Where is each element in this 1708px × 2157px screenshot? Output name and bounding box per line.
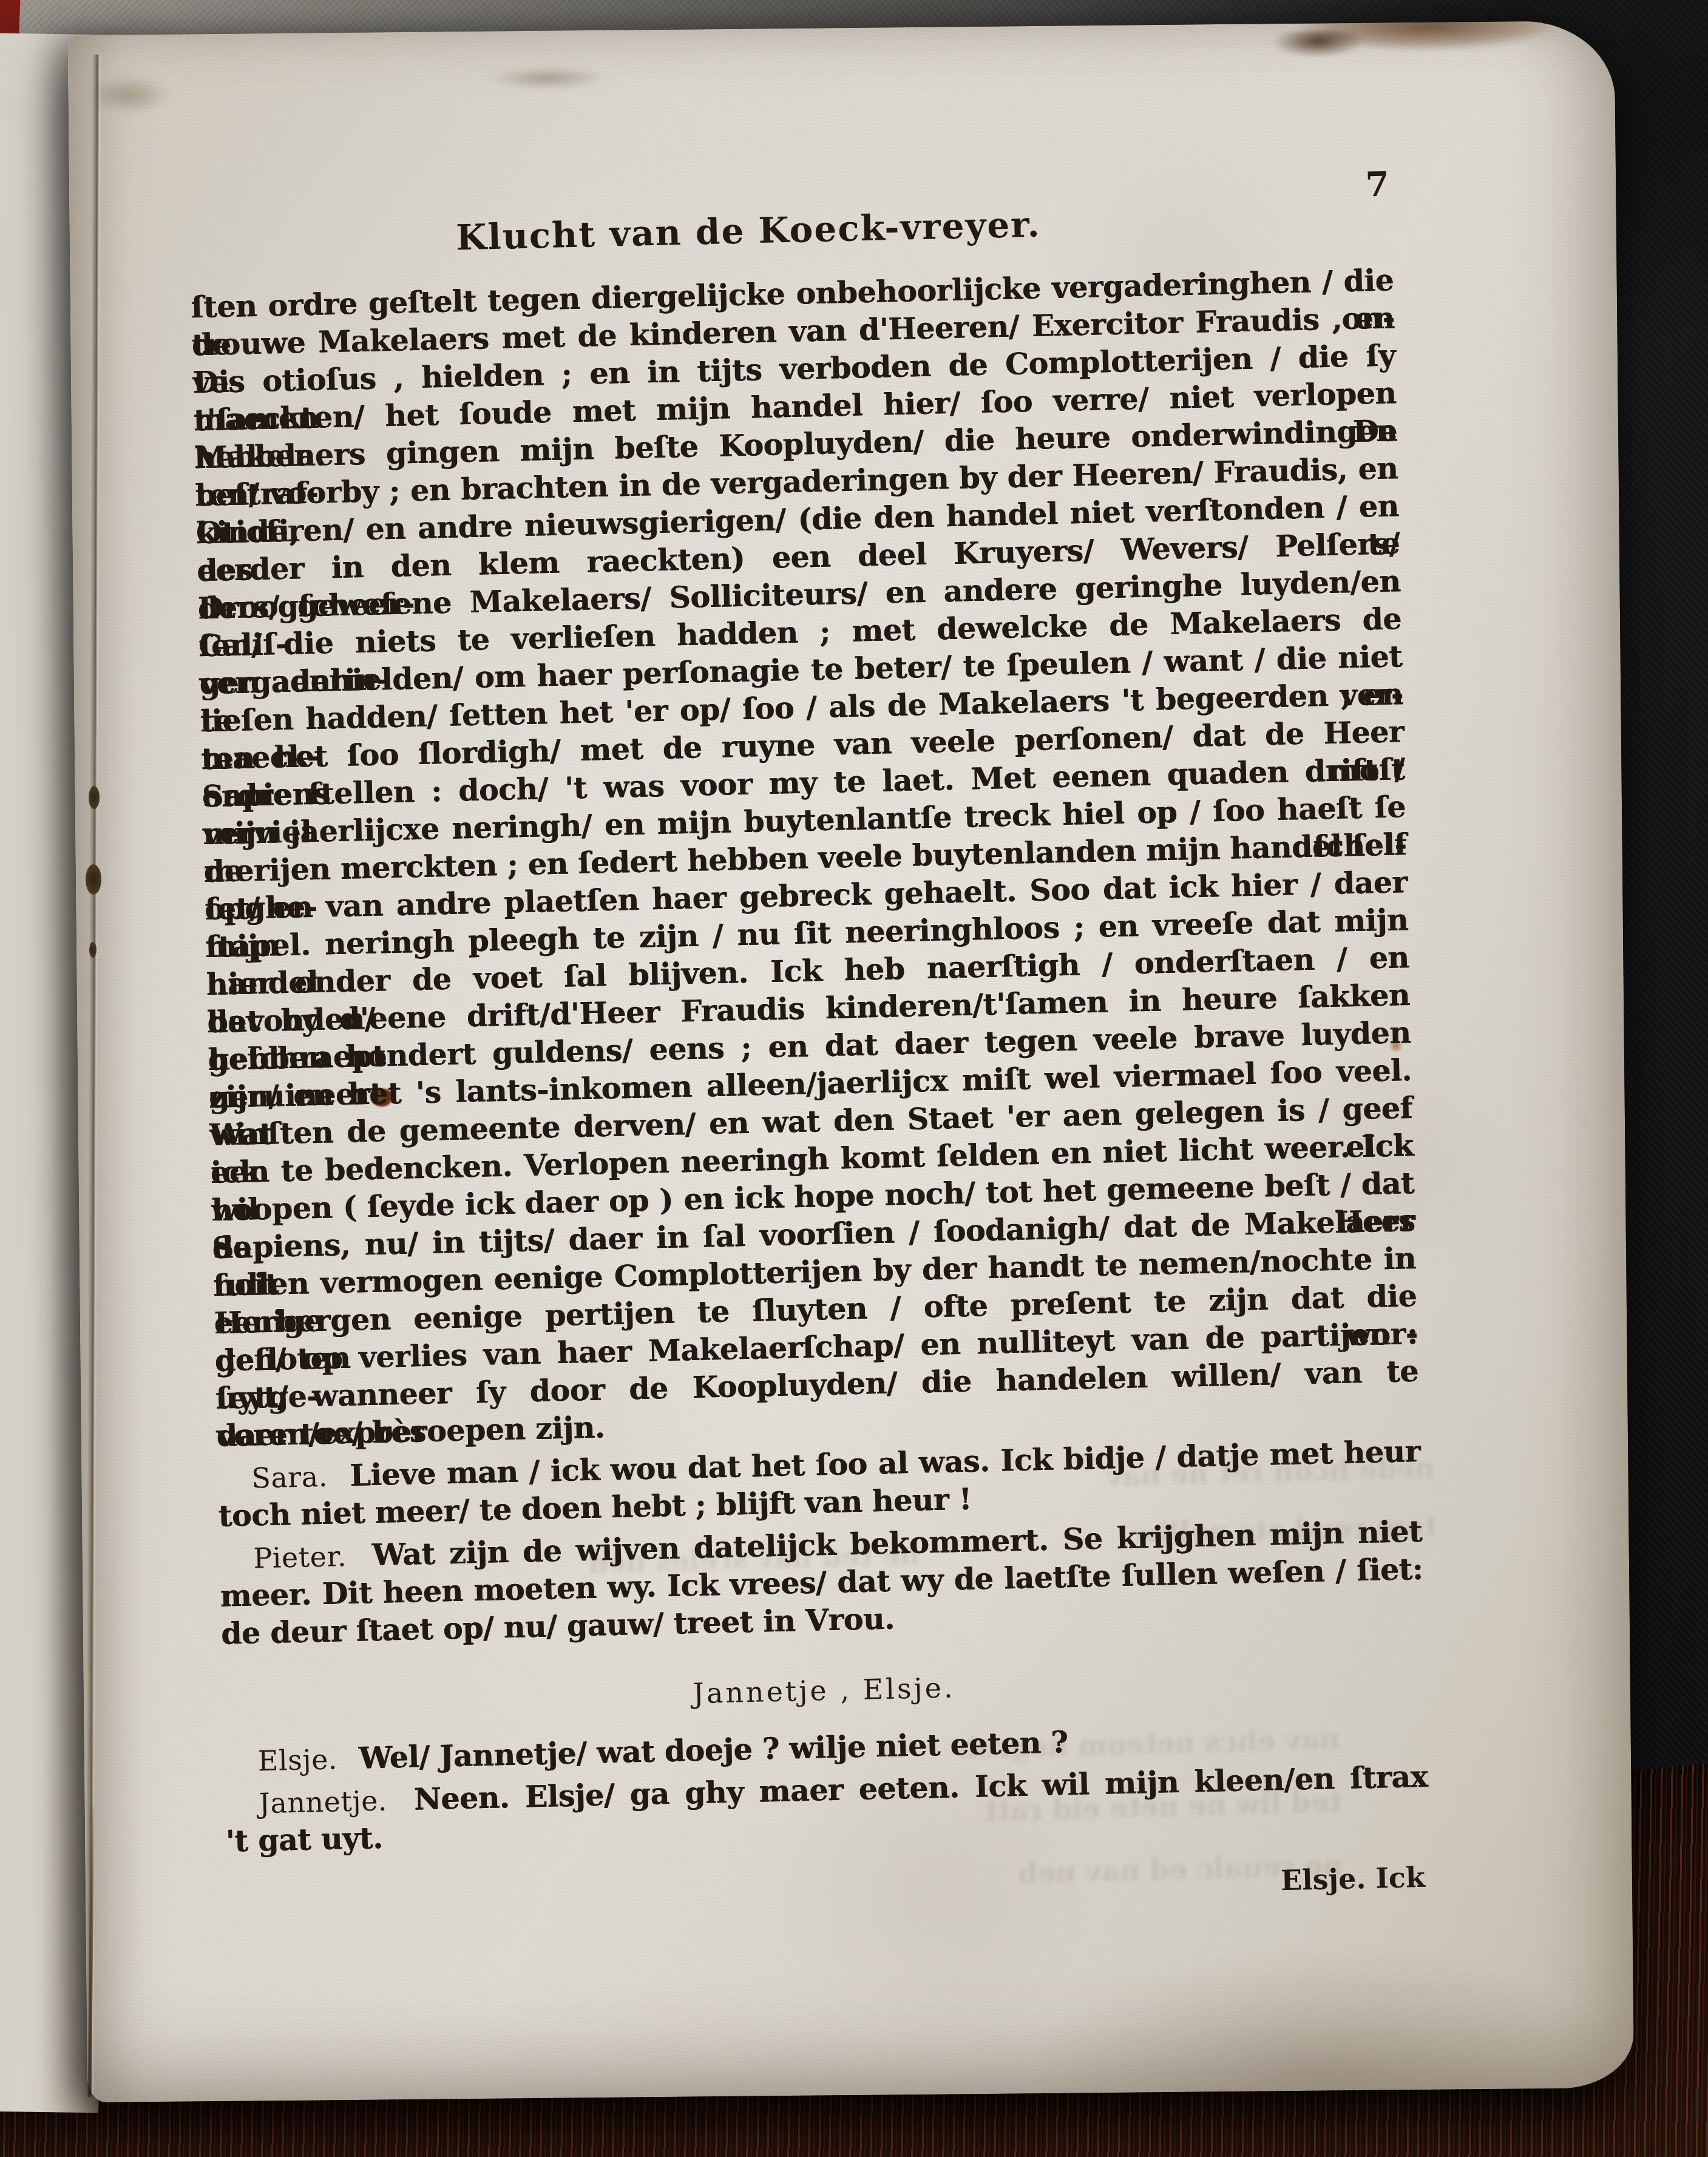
running-title: Klucht van de Koeck-vreyer. <box>146 197 1350 265</box>
stain-blotch <box>1273 30 1364 58</box>
book-photograph: nede hcon ret ne navtem reud ets nelliw … <box>0 0 1708 2157</box>
speaker-name: Pieter. <box>253 1539 373 1574</box>
book-page: nede hcon ret ne navtem reud ets nelliw … <box>68 21 1635 2102</box>
speaker-name: Elsje. <box>257 1742 359 1778</box>
speech-paragraph: Pieter. Wat zijn de wijven datelijck bek… <box>219 1512 1425 1653</box>
running-title-row: Klucht van de Koeck-vreyer. 7 <box>189 195 1392 266</box>
stitch-hole <box>89 942 97 958</box>
text-flow: ſten ordre geſtelt tegen diergelijcke on… <box>191 261 1431 1920</box>
page-number: 7 <box>1365 164 1389 205</box>
speaker-name: Sara. <box>251 1460 350 1495</box>
speaker-name: Jannetje. <box>259 1784 415 1820</box>
scene-heading: Jannetje , Elsje. <box>222 1661 1426 1721</box>
stitch-hole <box>86 864 101 895</box>
stitch-hole <box>89 786 100 809</box>
body-paragraph: ſten ordre geſtelt tegen diergelijcke on… <box>191 261 1420 1454</box>
top-edge-smudge <box>487 66 608 91</box>
printed-text-block: Klucht van de Koeck-vreyer. 7 ſten ordre… <box>188 168 1430 1920</box>
